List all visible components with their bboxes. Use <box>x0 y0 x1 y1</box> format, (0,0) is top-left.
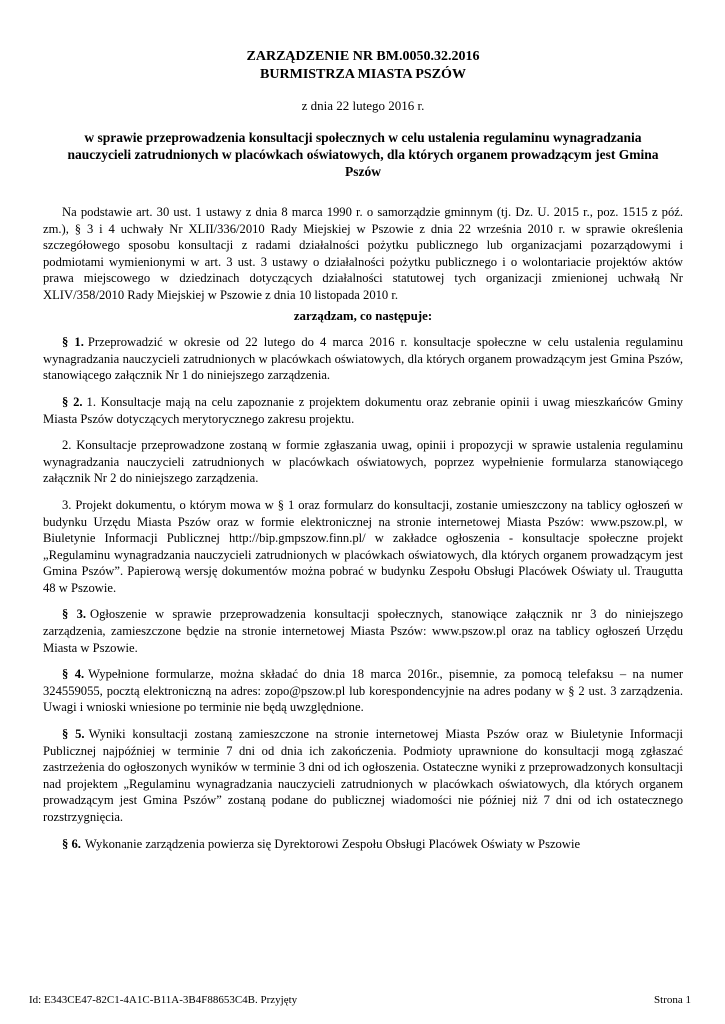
paragraph-6: § 6.Wykonanie zarządzenia powierza się D… <box>43 836 683 853</box>
document-page: ZARZĄDZENIE NR BM.0050.32.2016 BURMISTRZ… <box>0 0 725 1024</box>
paragraph-4-text: Wypełnione formularze, można składać do … <box>43 667 683 714</box>
document-title: ZARZĄDZENIE NR BM.0050.32.2016 BURMISTRZ… <box>43 48 683 84</box>
document-title-line1: ZARZĄDZENIE NR BM.0050.32.2016 <box>43 48 683 66</box>
document-id-status: Id: E343CE47-82C1-4A1C-B11A-3B4F88653C4B… <box>29 994 297 1007</box>
paragraph-1-text: Przeprowadzić w okresie od 22 lutego do … <box>43 335 683 382</box>
document-date: z dnia 22 lutego 2016 r. <box>43 98 683 114</box>
paragraph-2-sub-3: 3. Projekt dokumentu, o którym mowa w § … <box>43 497 683 597</box>
paragraph-4-marker: § 4. <box>62 667 84 681</box>
paragraph-2-sub-3-text: 3. Projekt dokumentu, o którym mowa w § … <box>43 498 683 595</box>
paragraph-6-text: Wykonanie zarządzenia powierza się Dyrek… <box>85 837 580 851</box>
paragraph-3: § 3.Ogłoszenie w sprawie przeprowadzenia… <box>43 606 683 656</box>
paragraph-5-marker: § 5. <box>62 727 85 741</box>
paragraph-2: § 2.1. Konsultacje mają na celu zapoznan… <box>43 394 683 427</box>
document-subject: w sprawie przeprowadzenia konsultacji sp… <box>43 129 683 180</box>
paragraph-3-marker: § 3. <box>62 607 86 621</box>
paragraph-2-sub-2: 2. Konsultacje przeprowadzone zostaną w … <box>43 437 683 487</box>
paragraph-1-marker: § 1. <box>62 335 84 349</box>
page-number: Strona 1 <box>654 994 691 1007</box>
paragraph-4: § 4.Wypełnione formularze, można składać… <box>43 666 683 716</box>
page-footer: Id: E343CE47-82C1-4A1C-B11A-3B4F88653C4B… <box>29 994 691 1007</box>
paragraph-6-marker: § 6. <box>62 837 81 851</box>
paragraph-2-sub-2-text: 2. Konsultacje przeprowadzone zostaną w … <box>43 438 683 485</box>
document-title-line2: BURMISTRZA MIASTA PSZÓW <box>43 66 683 84</box>
paragraph-1: § 1.Przeprowadzić w okresie od 22 lutego… <box>43 334 683 384</box>
document-content: ZARZĄDZENIE NR BM.0050.32.2016 BURMISTRZ… <box>43 48 683 852</box>
ordaining-clause: zarządzam, co następuje: <box>43 308 683 325</box>
paragraph-2-marker: § 2. <box>62 395 83 409</box>
paragraph-5-text: Wyniki konsultacji zostaną zamieszczone … <box>43 727 683 824</box>
paragraph-5: § 5.Wyniki konsultacji zostaną zamieszcz… <box>43 726 683 826</box>
paragraph-2-text: 1. Konsultacje mają na celu zapoznanie z… <box>43 395 683 426</box>
legal-basis-paragraph: Na podstawie art. 30 ust. 1 ustawy z dni… <box>43 204 683 304</box>
paragraph-3-text: Ogłoszenie w sprawie przeprowadzenia kon… <box>43 607 683 654</box>
